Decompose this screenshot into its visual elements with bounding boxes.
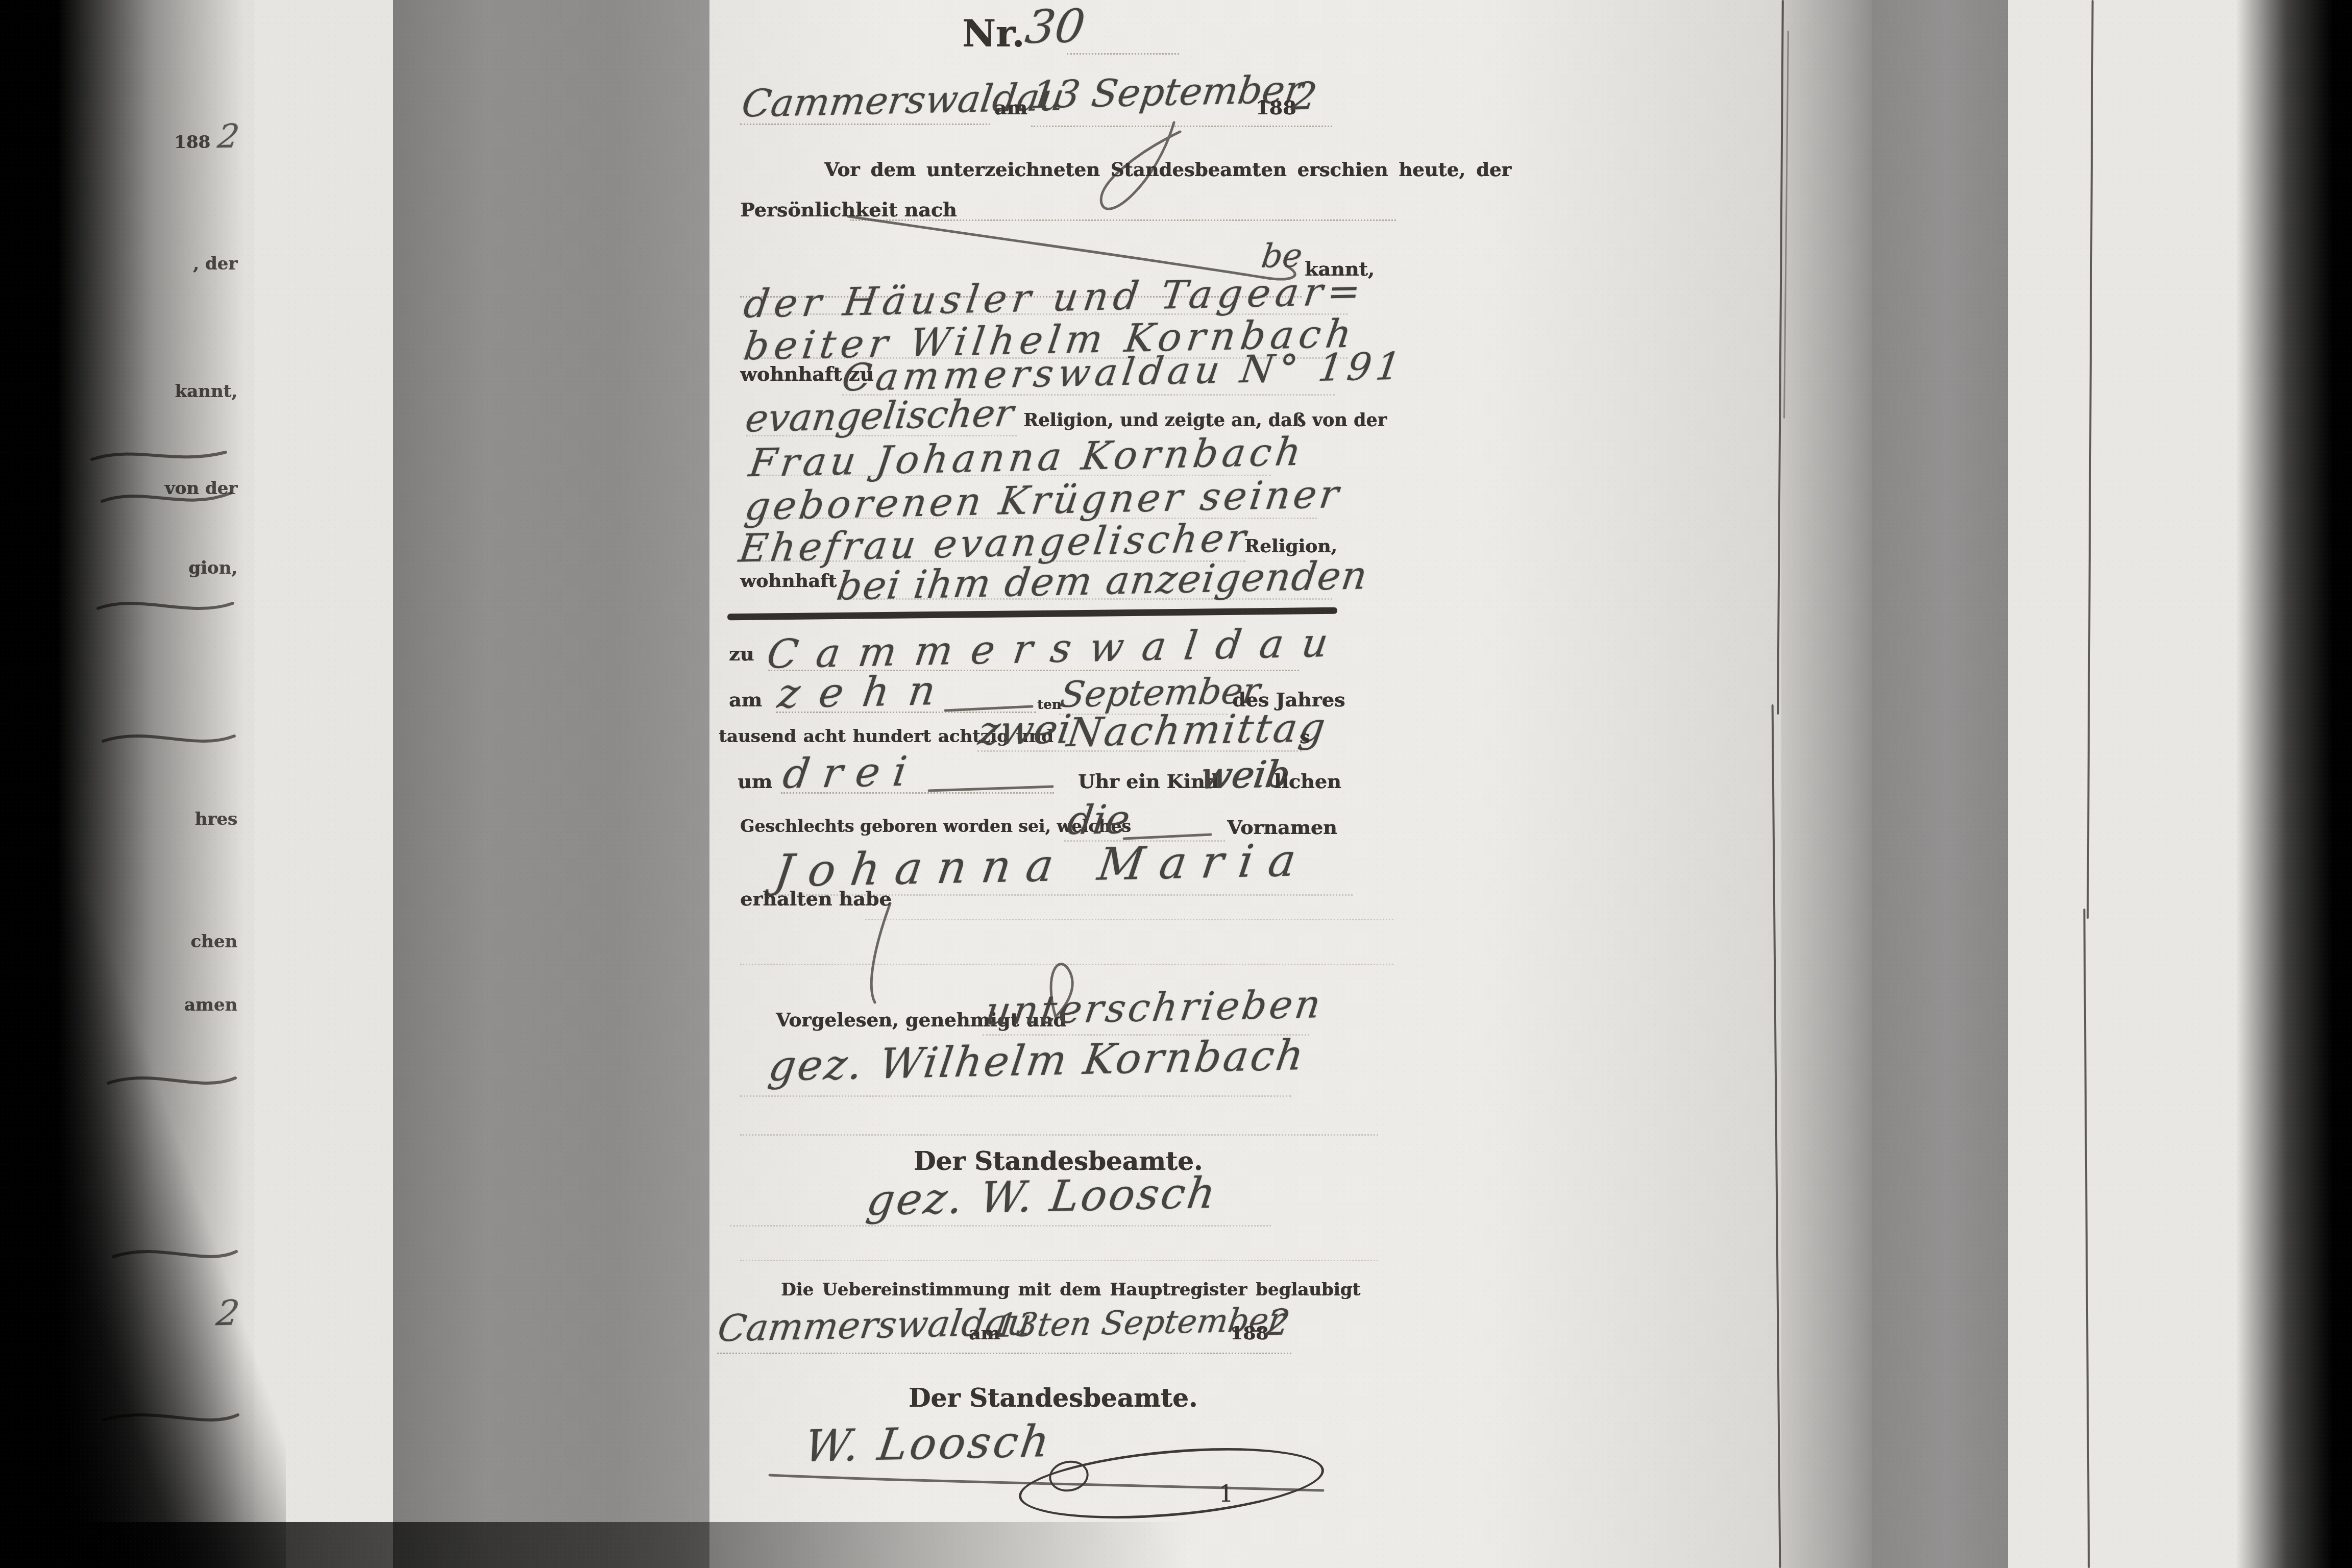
ruled-line xyxy=(740,1134,1378,1136)
fragment-jahres: hres xyxy=(128,811,237,828)
mother-residence: bei ihm dem anzeigenden xyxy=(835,556,1370,606)
unterschrieben-handwritten: unterschrieben xyxy=(983,985,1326,1031)
record-number-value: 30 xyxy=(1023,4,1088,51)
fragment-bottom-digit: 2 xyxy=(202,1296,241,1331)
fragment-der: , der xyxy=(128,255,237,273)
ruled-line xyxy=(740,964,1393,965)
frame-page-number: 1 xyxy=(1219,1483,1233,1506)
declarant-residence: Cammerswaldau N° 191 xyxy=(840,348,1407,397)
registrar-signature-2: W. Loosch xyxy=(802,1419,1055,1468)
ruled-line xyxy=(730,1225,1271,1227)
fragment-year-printed: 188 xyxy=(102,134,210,151)
erhalten-habe-label: erhalten habe xyxy=(740,889,891,909)
fragment-vornamen: amen xyxy=(128,996,237,1014)
microfilm-frame: Nr. 30 Cammerswaldau am 13 September 188… xyxy=(0,0,2352,1568)
film-white-strip-left xyxy=(254,0,393,1568)
wohnhaft-label: wohnhaft xyxy=(740,572,837,590)
religion-label: Religion, xyxy=(1244,537,1337,555)
declarant-signature: gez. Wilhelm Kornbach xyxy=(766,1035,1308,1088)
registrar-signature-1: gez. W. Loosch xyxy=(864,1171,1220,1221)
birth-year-digit-word: zwei xyxy=(976,709,1073,751)
die-handwritten: die xyxy=(1065,800,1132,841)
birth-um-label: um xyxy=(738,772,772,791)
fragment-lichen: chen xyxy=(128,933,237,950)
ruled-line xyxy=(717,1353,1291,1354)
fragment-year-digit: 2 xyxy=(211,120,241,153)
birth-day: zehn xyxy=(775,670,958,714)
uhr-ein-kind-label: Uhr ein Kind xyxy=(1078,772,1218,791)
fragment-religion: gion, xyxy=(128,559,237,577)
birth-time-of-day: Nachmittag xyxy=(1065,708,1330,753)
film-gray-stripe-left xyxy=(393,0,709,1568)
religion-clause: Religion, und zeigte an, daß von der xyxy=(1023,411,1387,429)
attest-clause: Die Uebereinstimmung mit dem Hauptregist… xyxy=(781,1281,1360,1298)
ruled-line xyxy=(865,919,1393,920)
nachmittags-s-suffix: s xyxy=(1300,728,1310,746)
child-name: Johanna Maria xyxy=(772,838,1314,894)
ruled-line xyxy=(740,1260,1378,1261)
birth-place: Cammerswaldau xyxy=(765,623,1349,675)
page-fold-zone xyxy=(1781,0,1872,1568)
dateline-am-label: am xyxy=(994,98,1027,117)
ruled-line xyxy=(740,1095,1291,1097)
declarant-religion: evangelischer xyxy=(743,395,1016,438)
fragment-kannt: kannt, xyxy=(128,383,237,400)
attest-year-printed: 188 xyxy=(1230,1324,1268,1342)
ruled-line xyxy=(1031,126,1332,127)
bekannt-handwritten: be xyxy=(1259,239,1304,273)
mother-line2: geborenen Krügner seiner xyxy=(743,475,1344,526)
lichen-suffix: lichen xyxy=(1274,772,1341,791)
ruled-line xyxy=(1067,53,1179,55)
birth-am-label: am xyxy=(729,690,762,709)
intro-clause: Vor dem unterzeichneten Standesbeamten e… xyxy=(824,160,1511,179)
birth-zu-label: zu xyxy=(729,644,754,664)
persoenlichkeit-label: Persönlichkeit nach xyxy=(740,200,957,219)
film-gray-stripe-right xyxy=(1872,0,2008,1568)
film-white-strip-right xyxy=(2008,0,2352,1568)
attest-year-digit: 2 xyxy=(1264,1305,1292,1341)
birth-hour: drei xyxy=(780,751,922,795)
record-number-label: Nr. xyxy=(962,15,1024,52)
standesbeamte-heading-2: Der Standesbeamte. xyxy=(909,1385,1197,1411)
fragment-von-der: von der xyxy=(117,480,237,497)
